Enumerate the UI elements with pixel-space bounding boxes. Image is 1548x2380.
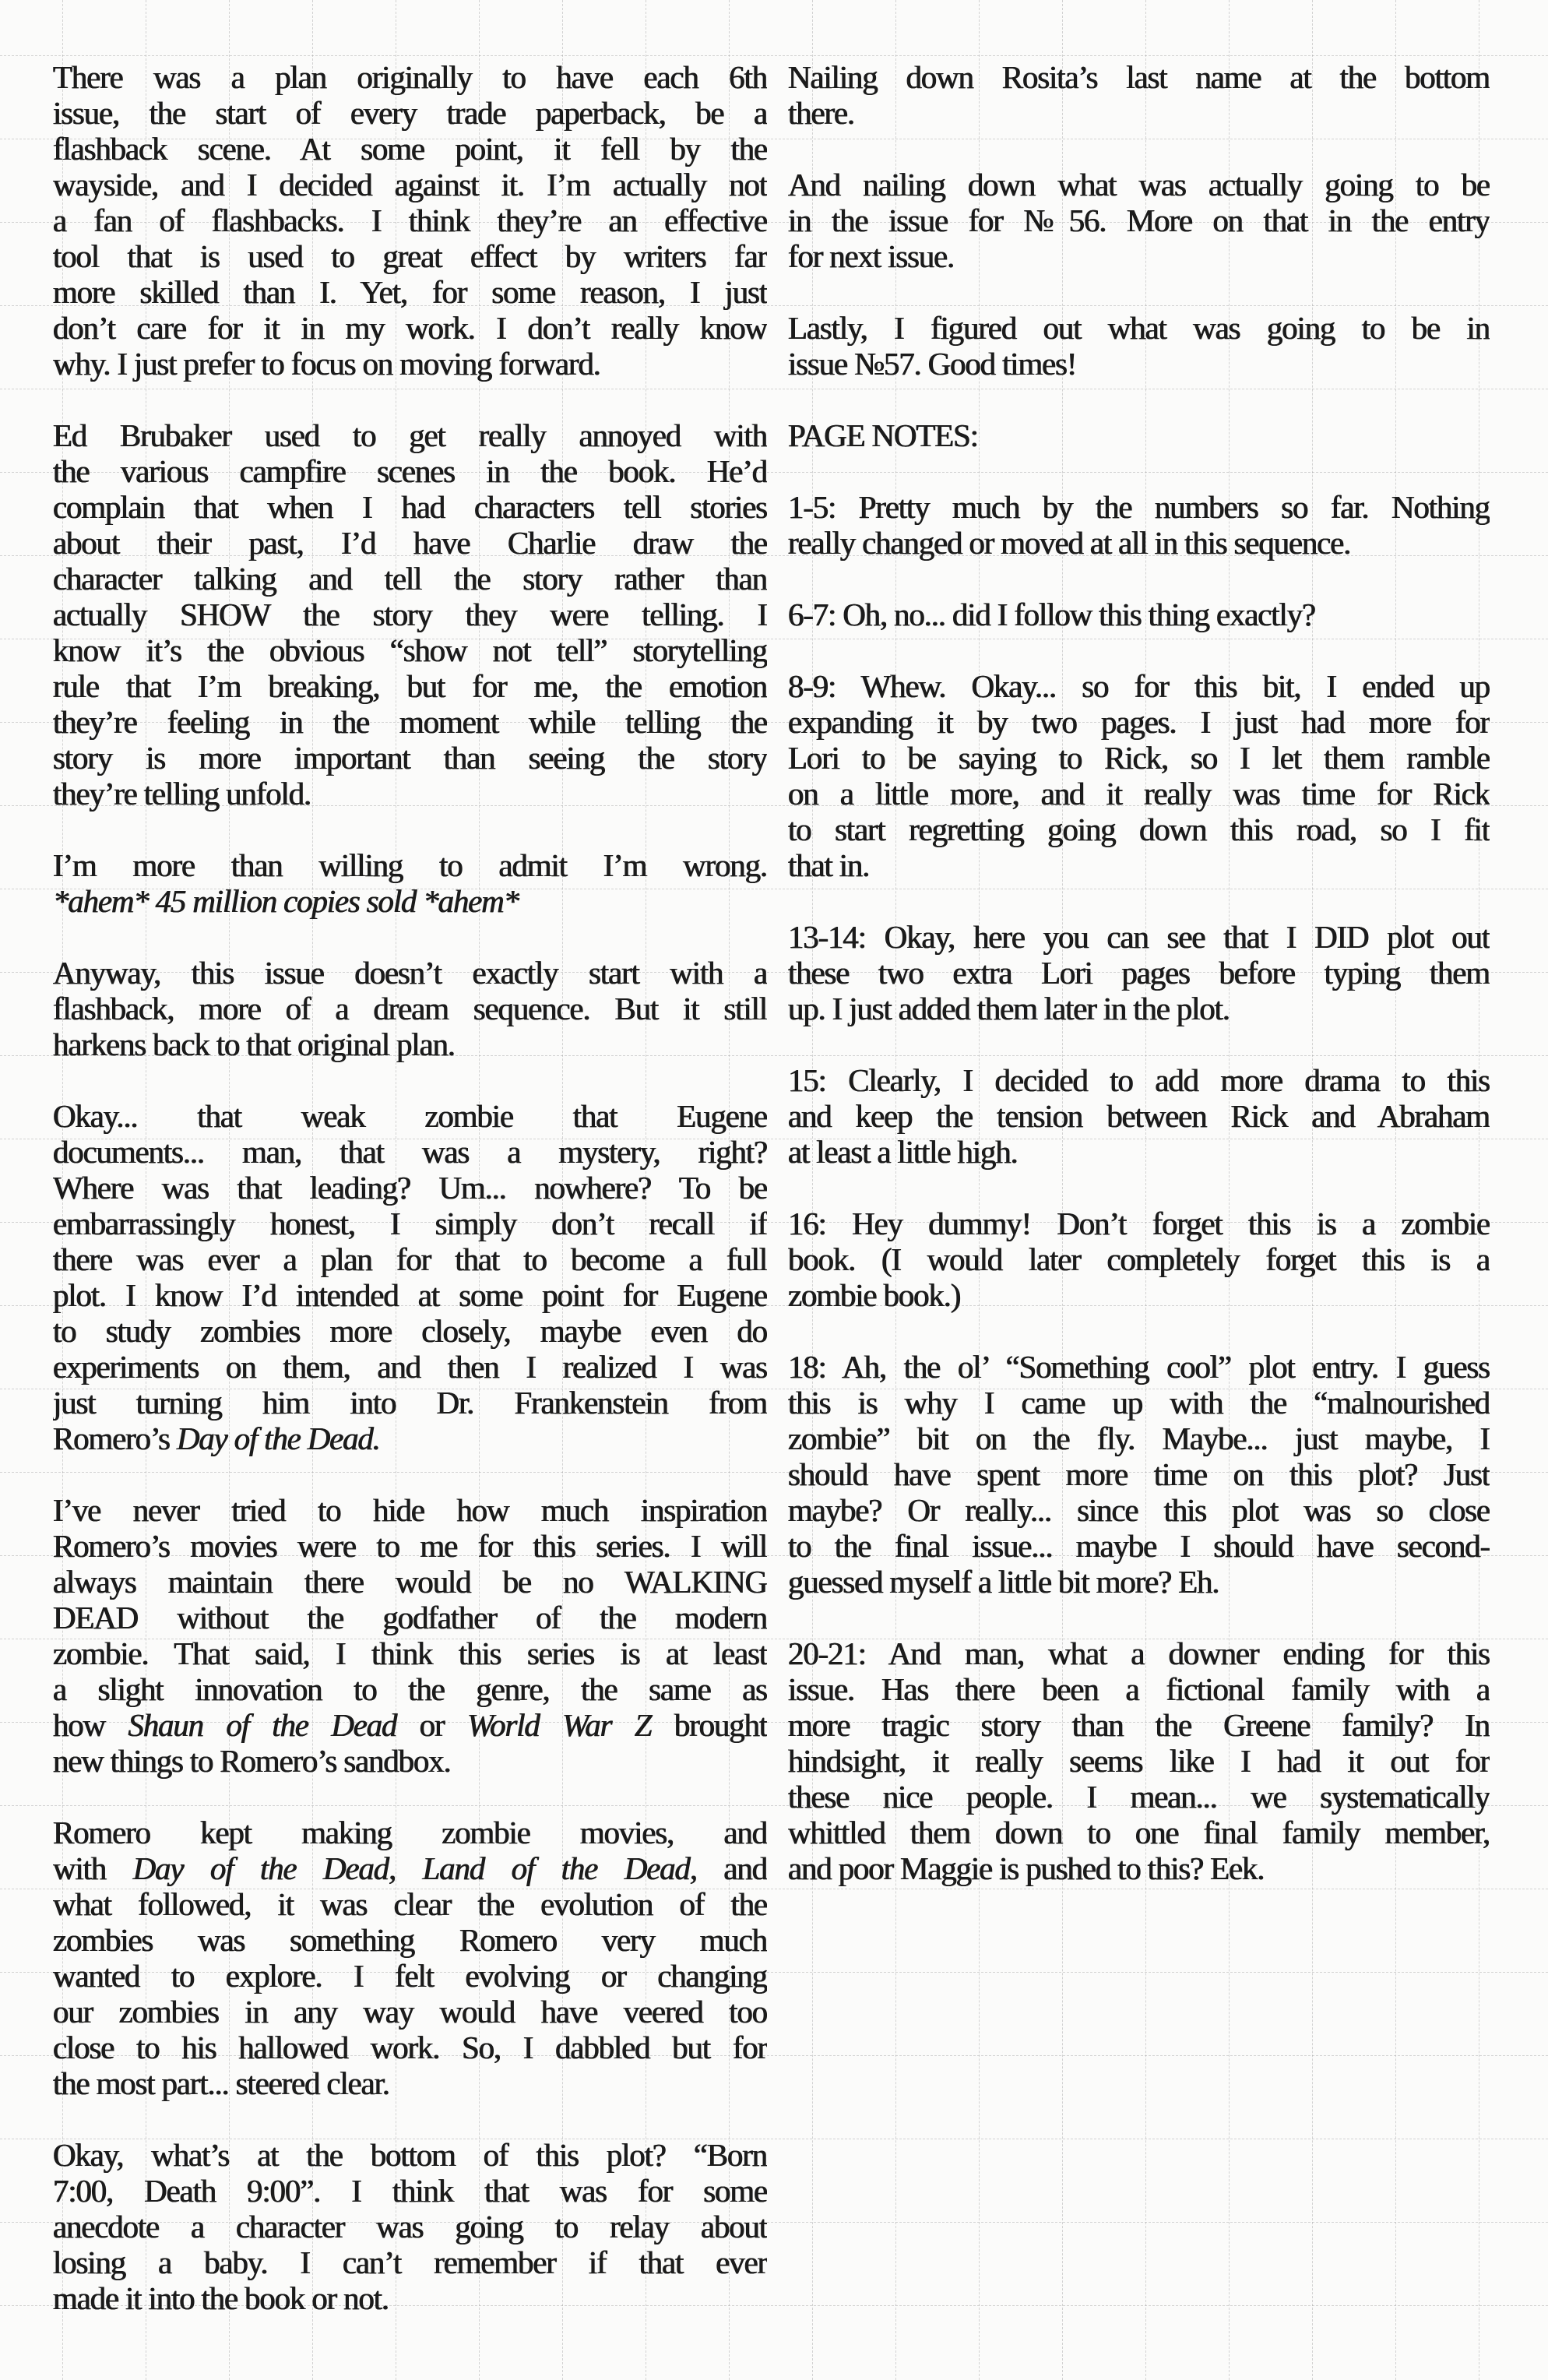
text-line: what followed, it was clear the evolutio…: [53, 1886, 767, 1922]
text-line: 7:00, Death 9:00”. I think that was for …: [53, 2173, 767, 2209]
text-line: know it’s the obvious “show not tell” st…: [53, 632, 767, 668]
text-line: Romero’s movies were to me for this seri…: [53, 1528, 767, 1564]
text-line: And nailing down what was actually going…: [788, 167, 1490, 202]
text-line: 20-21: And man, what a downer ending for…: [788, 1635, 1490, 1671]
paragraph: 8-9: Whew. Okay... so for this bit, I en…: [788, 668, 1490, 883]
text-line: why. I just prefer to focus on moving fo…: [53, 346, 767, 382]
text-line: 15: Clearly, I decided to add more drama…: [788, 1062, 1490, 1098]
text-line: 8-9: Whew. Okay... so for this bit, I en…: [788, 668, 1490, 704]
text-line: PAGE NOTES:: [788, 417, 1490, 453]
text-line: There was a plan originally to have each…: [53, 59, 767, 95]
text-line: our zombies in any way would have veered…: [53, 1994, 767, 2030]
page: There was a plan originally to have each…: [0, 0, 1548, 2380]
text-line: Romero’s Day of the Dead.: [53, 1421, 767, 1456]
text-line: Anyway, this issue doesn’t exactly start…: [53, 955, 767, 991]
italic-text: Shaun of the Dead: [128, 1707, 396, 1743]
text-line: issue, the start of every trade paperbac…: [53, 95, 767, 131]
left-column: There was a plan originally to have each…: [53, 59, 767, 2352]
paragraph: Romero kept making zombie movies, andwit…: [53, 1815, 767, 2101]
text-line: Nailing down Rosita’s last name at the b…: [788, 59, 1490, 95]
text-line: about their past, I’d have Charlie draw …: [53, 525, 767, 561]
text-line: zombies was something Romero very much: [53, 1922, 767, 1958]
text-line: to study zombies more closely, maybe eve…: [53, 1313, 767, 1349]
text-line: how Shaun of the Dead or World War Z bro…: [53, 1707, 767, 1743]
text-line: these two extra Lori pages before typing…: [788, 955, 1490, 991]
text-line: made it into the book or not.: [53, 2280, 767, 2316]
paragraph: There was a plan originally to have each…: [53, 59, 767, 382]
text-line: book. (I would later completely forget t…: [788, 1241, 1490, 1277]
text-line: flashback scene. At some point, it fell …: [53, 131, 767, 167]
paragraph: I’ve never tried to hide how much inspir…: [53, 1492, 767, 1779]
italic-text: World War Z: [467, 1707, 651, 1743]
paragraph: Okay, what’s at the bottom of this plot?…: [53, 2137, 767, 2316]
paragraph: Nailing down Rosita’s last name at the b…: [788, 59, 1490, 131]
text-line: up. I just added them later in the plot.: [788, 991, 1490, 1026]
text-line: plot. I know I’d intended at some point …: [53, 1277, 767, 1313]
text-line: to the final issue... maybe I should hav…: [788, 1528, 1490, 1564]
text-line: there.: [788, 95, 1490, 131]
text-line: 18: Ah, the ol’ “Something cool” plot en…: [788, 1349, 1490, 1385]
text-line: always maintain there would be no WALKIN…: [53, 1564, 767, 1600]
text-line: the most part... steered clear.: [53, 2065, 767, 2101]
text-line: 1-5: Pretty much by the numbers so far. …: [788, 489, 1490, 525]
text-line: a slight innovation to the genre, the sa…: [53, 1671, 767, 1707]
text-line: zombie” bit on the fly. Maybe... just ma…: [788, 1421, 1490, 1456]
text-line: this is why I came up with the “malnouri…: [788, 1385, 1490, 1421]
text-line: more skilled than I. Yet, for some reaso…: [53, 274, 767, 310]
text-line: I’m more than willing to admit I’m wrong…: [53, 847, 767, 883]
text-line: zombie book.): [788, 1277, 1490, 1313]
text-line: and poor Maggie is pushed to this? Eek.: [788, 1850, 1490, 1886]
text-line: the various campfire scenes in the book.…: [53, 453, 767, 489]
text-line: close to his hallowed work. So, I dabble…: [53, 2030, 767, 2065]
text-line: that in.: [788, 847, 1490, 883]
text-line: wanted to explore. I felt evolving or ch…: [53, 1958, 767, 1994]
text-line: they’re feeling in the moment while tell…: [53, 704, 767, 740]
text-line: Romero kept making zombie movies, and: [53, 1815, 767, 1850]
text-line: complain that when I had characters tell…: [53, 489, 767, 525]
paragraph: 18: Ah, the ol’ “Something cool” plot en…: [788, 1349, 1490, 1600]
paragraph: Okay... that weak zombie that Eugenedocu…: [53, 1098, 767, 1456]
text-line: hindsight, it really seems like I had it…: [788, 1743, 1490, 1779]
paragraph: Anyway, this issue doesn’t exactly start…: [53, 955, 767, 1062]
text-line: Ed Brubaker used to get really annoyed w…: [53, 417, 767, 453]
text-line: losing a baby. I can’t remember if that …: [53, 2244, 767, 2280]
text-line: *ahem* 45 million copies sold *ahem*: [53, 883, 767, 919]
text-line: should have spent more time on this plot…: [788, 1456, 1490, 1492]
paragraph: 15: Clearly, I decided to add more drama…: [788, 1062, 1490, 1170]
paragraph: PAGE NOTES:: [788, 417, 1490, 453]
text-line: don’t care for it in my work. I don’t re…: [53, 310, 767, 346]
right-column: Nailing down Rosita’s last name at the b…: [788, 59, 1490, 1922]
text-line: story is more important than seeing the …: [53, 740, 767, 776]
text-line: issue №57. Good times!: [788, 346, 1490, 382]
paragraph: 1-5: Pretty much by the numbers so far. …: [788, 489, 1490, 561]
text-line: expanding it by two pages. I just had mo…: [788, 704, 1490, 740]
text-line: really changed or moved at all in this s…: [788, 525, 1490, 561]
text-line: these nice people. I mean... we systemat…: [788, 1779, 1490, 1815]
text-line: just turning him into Dr. Frankenstein f…: [53, 1385, 767, 1421]
paragraph: And nailing down what was actually going…: [788, 167, 1490, 274]
text-line: on a little more, and it really was time…: [788, 776, 1490, 812]
paragraph: Ed Brubaker used to get really annoyed w…: [53, 417, 767, 812]
text-line: new things to Romero’s sandbox.: [53, 1743, 767, 1779]
text-line: embarrassingly honest, I simply don’t re…: [53, 1206, 767, 1241]
text-line: in the issue for №56. More on that in th…: [788, 202, 1490, 238]
text-line: 13-14: Okay, here you can see that I DID…: [788, 919, 1490, 955]
text-line: more tragic story than the Greene family…: [788, 1707, 1490, 1743]
paragraph: Lastly, I figured out what was going to …: [788, 310, 1490, 382]
text-line: at least a little high.: [788, 1134, 1490, 1170]
text-line: with Day of the Dead, Land of the Dead, …: [53, 1850, 767, 1886]
text-line: guessed myself a little bit more? Eh.: [788, 1564, 1490, 1600]
text-line: Where was that leading? Um... nowhere? T…: [53, 1170, 767, 1206]
text-line: maybe? Or really... since this plot was …: [788, 1492, 1490, 1528]
text-line: Okay... that weak zombie that Eugene: [53, 1098, 767, 1134]
paragraph: 6-7: Oh, no... did I follow this thing e…: [788, 597, 1490, 632]
text-line: Lastly, I figured out what was going to …: [788, 310, 1490, 346]
grid-line-horizontal: [0, 55, 1548, 56]
text-line: tool that is used to great effect by wri…: [53, 238, 767, 274]
paragraph: 20-21: And man, what a downer ending for…: [788, 1635, 1490, 1886]
text-line: Lori to be saying to Rick, so I let them…: [788, 740, 1490, 776]
italic-text: *ahem* 45 million copies sold *ahem*: [53, 883, 519, 919]
text-line: for next issue.: [788, 238, 1490, 274]
text-line: there was ever a plan for that to become…: [53, 1241, 767, 1277]
text-line: rule that I’m breaking, but for me, the …: [53, 668, 767, 704]
text-line: to start regretting going down this road…: [788, 812, 1490, 847]
text-line: actually SHOW the story they were tellin…: [53, 597, 767, 632]
text-line: wayside, and I decided against it. I’m a…: [53, 167, 767, 202]
italic-text: Day of the Dead.: [177, 1421, 380, 1456]
italic-text: Day of the Dead, Land of the Dead,: [133, 1850, 697, 1886]
text-line: anecdote a character was going to relay …: [53, 2209, 767, 2244]
text-line: character talking and tell the story rat…: [53, 561, 767, 597]
text-line: DEAD without the godfather of the modern: [53, 1600, 767, 1635]
text-line: Okay, what’s at the bottom of this plot?…: [53, 2137, 767, 2173]
text-line: whittled them down to one final family m…: [788, 1815, 1490, 1850]
text-line: they’re telling unfold.: [53, 776, 767, 812]
paragraph: I’m more than willing to admit I’m wrong…: [53, 847, 767, 919]
text-line: 6-7: Oh, no... did I follow this thing e…: [788, 597, 1490, 632]
text-line: and keep the tension between Rick and Ab…: [788, 1098, 1490, 1134]
text-line: experiments on them, and then I realized…: [53, 1349, 767, 1385]
text-line: flashback, more of a dream sequence. But…: [53, 991, 767, 1026]
text-line: issue. Has there been a fictional family…: [788, 1671, 1490, 1707]
text-line: I’ve never tried to hide how much inspir…: [53, 1492, 767, 1528]
paragraph: 16: Hey dummy! Don’t forget this is a zo…: [788, 1206, 1490, 1313]
text-line: harkens back to that original plan.: [53, 1026, 767, 1062]
text-line: a fan of flashbacks. I think they’re an …: [53, 202, 767, 238]
paragraph: 13-14: Okay, here you can see that I DID…: [788, 919, 1490, 1026]
text-line: documents... man, that was a mystery, ri…: [53, 1134, 767, 1170]
text-line: 16: Hey dummy! Don’t forget this is a zo…: [788, 1206, 1490, 1241]
text-line: zombie. That said, I think this series i…: [53, 1635, 767, 1671]
